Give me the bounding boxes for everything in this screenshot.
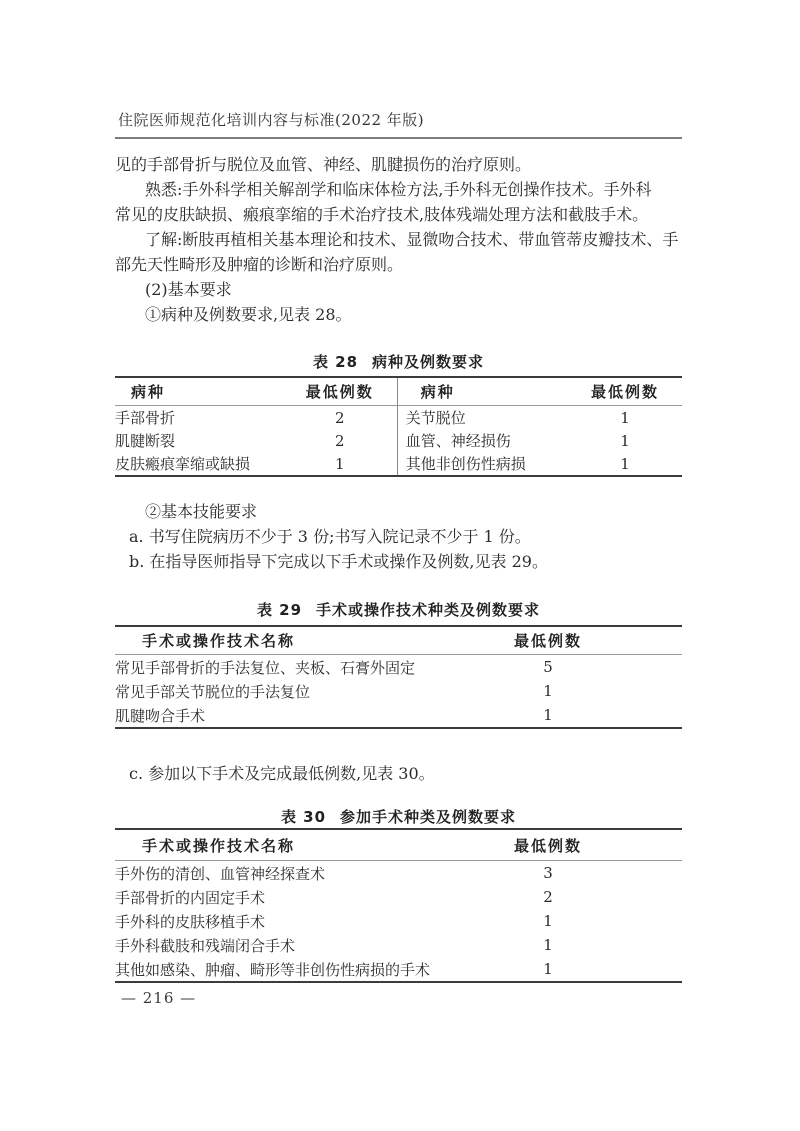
table29-title-text: 手术或操作技术种类及例数要求 <box>316 601 540 619</box>
table-cell: 常见手部关节脱位的手法复位 <box>115 681 488 702</box>
table28-title-label: 表 28 <box>313 353 358 371</box>
table-row: 肌腱断裂 2 血管、神经损伤 1 <box>115 429 682 452</box>
table-cell: 1 <box>580 409 670 427</box>
table30-header-cell: 最低例数 <box>488 835 608 856</box>
table-row: 常见手部骨折的手法复位、夹板、石膏外固定 5 <box>115 655 682 679</box>
table-cell: 关节脱位 <box>397 407 580 428</box>
table-row: 手外科截肢和残端闭合手术 1 <box>115 933 682 957</box>
running-header: 住院医师规范化培训内容与标准(2022 年版) <box>115 110 682 130</box>
table30-title: 表 30参加手术种类及例数要求 <box>115 808 682 826</box>
body-paragraphs: c. 参加以下手术及完成最低例数,见表 30。 <box>115 761 682 786</box>
body-paragraphs: ②基本技能要求 a. 书写住院病历不少于 3 份;书写入院记录不少于 1 份。 … <box>115 499 682 574</box>
table-cell: 5 <box>488 658 608 676</box>
table-cell: 1 <box>488 682 608 700</box>
table-cell: 其他如感染、肿瘤、畸形等非创伤性病损的手术 <box>115 959 488 980</box>
table30-title-text: 参加手术种类及例数要求 <box>340 808 516 826</box>
table-cell: 手外伤的清创、血管神经探查术 <box>115 863 488 884</box>
table-cell: 1 <box>488 960 608 978</box>
table-row: 常见手部关节脱位的手法复位 1 <box>115 679 682 703</box>
table28-title: 表 28病种及例数要求 <box>115 352 682 372</box>
body-line: 见的手部骨折与脱位及血管、神经、肌腱损伤的治疗原则。 <box>115 152 682 177</box>
table-cell: 手外科截肢和残端闭合手术 <box>115 935 488 956</box>
table-cell: 1 <box>488 706 608 724</box>
table-row: 手部骨折 2 关节脱位 1 <box>115 406 682 429</box>
page-number: — 216 — <box>115 989 682 1007</box>
table-cell: 2 <box>295 409 385 427</box>
table28-header-cell: 最低例数 <box>580 381 670 402</box>
table30: 手术或操作技术名称 最低例数 手外伤的清创、血管神经探查术 3 手部骨折的内固定… <box>115 828 682 983</box>
table28-title-text: 病种及例数要求 <box>372 353 484 371</box>
body-line: 熟悉:手外科学相关解剖学和临床体检方法,手外科无创操作技术。手外科 <box>115 177 682 202</box>
table-cell: 皮肤瘢痕挛缩或缺损 <box>115 453 295 474</box>
body-line: 部先天性畸形及肿瘤的诊断和治疗原则。 <box>115 252 682 277</box>
table30-title-label: 表 30 <box>281 808 326 826</box>
table30-header-cell: 手术或操作技术名称 <box>115 835 488 856</box>
table-cell: 手部骨折的内固定手术 <box>115 887 488 908</box>
table29-title-label: 表 29 <box>257 601 302 619</box>
table-cell: 3 <box>488 864 608 882</box>
table28-header-cell: 病种 <box>115 381 295 402</box>
body-line: (2)基本要求 <box>115 277 682 302</box>
table-cell: 1 <box>295 455 385 473</box>
body-line: b. 在指导医师指导下完成以下手术或操作及例数,见表 29。 <box>115 549 682 574</box>
document-page: 住院医师规范化培训内容与标准(2022 年版) 见的手部骨折与脱位及血管、神经、… <box>0 0 800 1131</box>
table-cell: 血管、神经损伤 <box>397 430 580 451</box>
table28-center-divider <box>397 378 398 475</box>
body-line: a. 书写住院病历不少于 3 份;书写入院记录不少于 1 份。 <box>115 524 682 549</box>
body-paragraphs: 见的手部骨折与脱位及血管、神经、肌腱损伤的治疗原则。 熟悉:手外科学相关解剖学和… <box>115 152 682 327</box>
body-line: c. 参加以下手术及完成最低例数,见表 30。 <box>115 761 682 786</box>
body-line: ①病种及例数要求,见表 28。 <box>115 302 682 327</box>
table-row: 手外科的皮肤移植手术 1 <box>115 909 682 933</box>
header-rule <box>115 137 682 139</box>
table-cell: 肌腱断裂 <box>115 430 295 451</box>
table28-header-cell: 病种 <box>397 381 580 402</box>
table29: 手术或操作技术名称 最低例数 常见手部骨折的手法复位、夹板、石膏外固定 5 常见… <box>115 625 682 729</box>
table-row: 肌腱吻合手术 1 <box>115 703 682 727</box>
page-content: 住院医师规范化培训内容与标准(2022 年版) 见的手部骨折与脱位及血管、神经、… <box>115 0 682 1007</box>
table-row: 其他如感染、肿瘤、畸形等非创伤性病损的手术 1 <box>115 957 682 981</box>
table29-header-cell: 最低例数 <box>488 630 608 651</box>
table28: 病种 最低例数 病种 最低例数 手部骨折 2 关节脱位 1 <box>115 376 682 477</box>
table-cell: 1 <box>488 912 608 930</box>
table29-header-row: 手术或操作技术名称 最低例数 <box>115 627 682 655</box>
table-cell: 1 <box>580 455 670 473</box>
table-cell: 2 <box>295 432 385 450</box>
table-cell: 2 <box>488 888 608 906</box>
table28-header-row: 病种 最低例数 病种 最低例数 <box>115 378 682 406</box>
table29-title: 表 29手术或操作技术种类及例数要求 <box>115 600 682 620</box>
table-row: 皮肤瘢痕挛缩或缺损 1 其他非创伤性病损 1 <box>115 452 682 475</box>
table-row: 手外伤的清创、血管神经探查术 3 <box>115 861 682 885</box>
table-cell: 手外科的皮肤移植手术 <box>115 911 488 932</box>
table-cell: 常见手部骨折的手法复位、夹板、石膏外固定 <box>115 657 488 678</box>
table-cell: 1 <box>488 936 608 954</box>
table28-header-cell: 最低例数 <box>295 381 385 402</box>
table-cell: 1 <box>580 432 670 450</box>
table-cell: 手部骨折 <box>115 407 295 428</box>
table-cell: 肌腱吻合手术 <box>115 705 488 726</box>
body-line: 了解:断肢再植相关基本理论和技术、显微吻合技术、带血管蒂皮瓣技术、手 <box>115 227 682 252</box>
table-cell: 其他非创伤性病损 <box>397 453 580 474</box>
table29-header-cell: 手术或操作技术名称 <box>115 630 488 651</box>
table30-header-row: 手术或操作技术名称 最低例数 <box>115 830 682 861</box>
body-line: 常见的皮肤缺损、瘢痕挛缩的手术治疗技术,肢体残端处理方法和截肢手术。 <box>115 202 682 227</box>
body-line: ②基本技能要求 <box>115 499 682 524</box>
table-row: 手部骨折的内固定手术 2 <box>115 885 682 909</box>
